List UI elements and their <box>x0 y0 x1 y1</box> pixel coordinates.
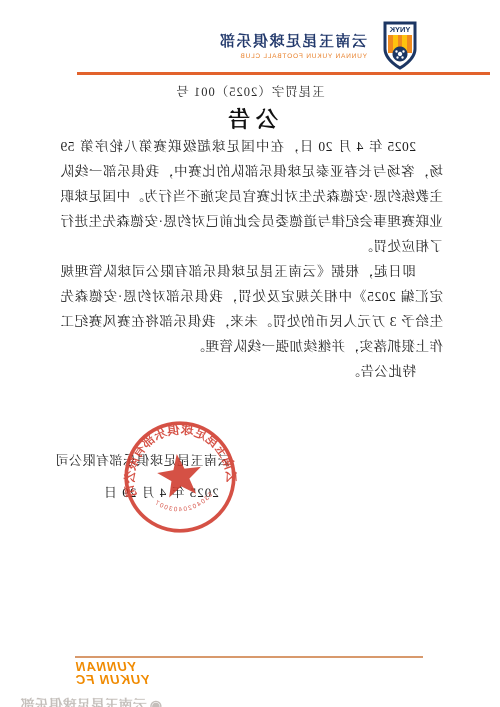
club-name-block: 云南玉昆足球俱乐部 YUNNAN YUKUN FOOTBALL CLUB <box>218 30 367 60</box>
club-name-chinese: 云南玉昆足球俱乐部 <box>218 30 367 51</box>
company-seal-stamp: 云南玉昆足球俱乐部有限公司 5304020403007 <box>114 411 245 542</box>
seal-star-icon <box>155 451 204 499</box>
seal-registration-number: 5304020403007 <box>152 491 217 518</box>
club-name-english: YUNNAN YUKUN FOOTBALL CLUB <box>218 53 367 60</box>
bottom-watermark: ◉云南玉昆足球俱乐部 <box>21 695 162 707</box>
footer-brand-wordmark: YUNNAN YUKUN FC <box>75 660 150 686</box>
document-number: 玉昆罚字（2025）001 号 <box>0 82 500 100</box>
document-title: 公告 <box>0 103 500 134</box>
announcement-body: 2025 年 4 月 20 日，在中国足球超级联赛第八轮序第 59 场，客场与长… <box>60 134 443 384</box>
paragraph-incident: 2025 年 4 月 20 日，在中国足球超级联赛第八轮序第 59 场，客场与长… <box>60 134 443 259</box>
svg-text:5304020403007: 5304020403007 <box>152 491 217 518</box>
watermark-crest-icon: ◉ <box>150 697 162 707</box>
watermark-text: 云南玉昆足球俱乐部 <box>21 697 147 707</box>
footer-brand-line2: YUKUN FC <box>75 673 150 686</box>
announcement-scan-page: YNYK 云南玉昆足球俱乐部 YUNNAN YUKUN FOOTBALL CLU… <box>0 0 500 707</box>
header-divider <box>77 72 490 75</box>
mirrored-canvas: YNYK 云南玉昆足球俱乐部 YUNNAN YUKUN FOOTBALL CLU… <box>0 0 500 707</box>
footer-divider <box>75 656 423 658</box>
paragraph-club-penalty: 即日起，根据《云南玉昆足球俱乐部有限公司球队管理规定汇编 2025》中相关规定及… <box>60 259 443 359</box>
logo-text: YNYK <box>389 25 410 34</box>
paragraph-closing: 特此公告。 <box>60 359 443 384</box>
club-crest-logo-icon: YNYK <box>383 21 417 71</box>
